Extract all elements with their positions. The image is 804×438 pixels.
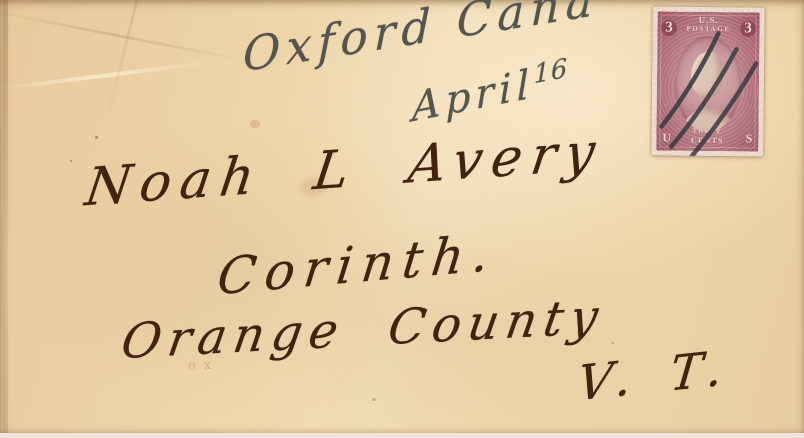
paper-speck: [612, 342, 614, 344]
town-text: Corinth.: [214, 223, 501, 306]
pen-cancel-strokes-icon: [651, 6, 765, 156]
envelope-left-edge: [3, 0, 8, 433]
faint-mark-text: ex: [188, 358, 219, 373]
recipient-name-text: Noah L Avery: [82, 121, 608, 218]
address-state-line: V. T.: [575, 339, 737, 412]
manuscript-postmark-date: April16: [412, 53, 569, 131]
faint-collector-mark: ex: [188, 358, 219, 373]
state-text: V. T.: [575, 339, 737, 412]
paper-speck: [95, 136, 98, 139]
paper-speck: [372, 398, 376, 401]
postage-stamp: U.S. POSTAGE 3 3 U S THREE CENTS: [651, 6, 765, 156]
paper-crease: [0, 8, 250, 62]
paper-crease: [0, 61, 208, 91]
paper-stain: [250, 120, 260, 128]
paper-speck: [70, 160, 72, 162]
postmark-day-text: 16: [534, 53, 569, 90]
postmark-month-text: April: [412, 61, 535, 131]
paper-crease: [103, 0, 140, 130]
envelope-front: Oxford Cana April16 Noah L Avery Esq Cor…: [0, 0, 804, 433]
address-recipient-line: Noah L Avery Esq: [82, 111, 722, 218]
address-town-line: Corinth.: [214, 223, 501, 306]
